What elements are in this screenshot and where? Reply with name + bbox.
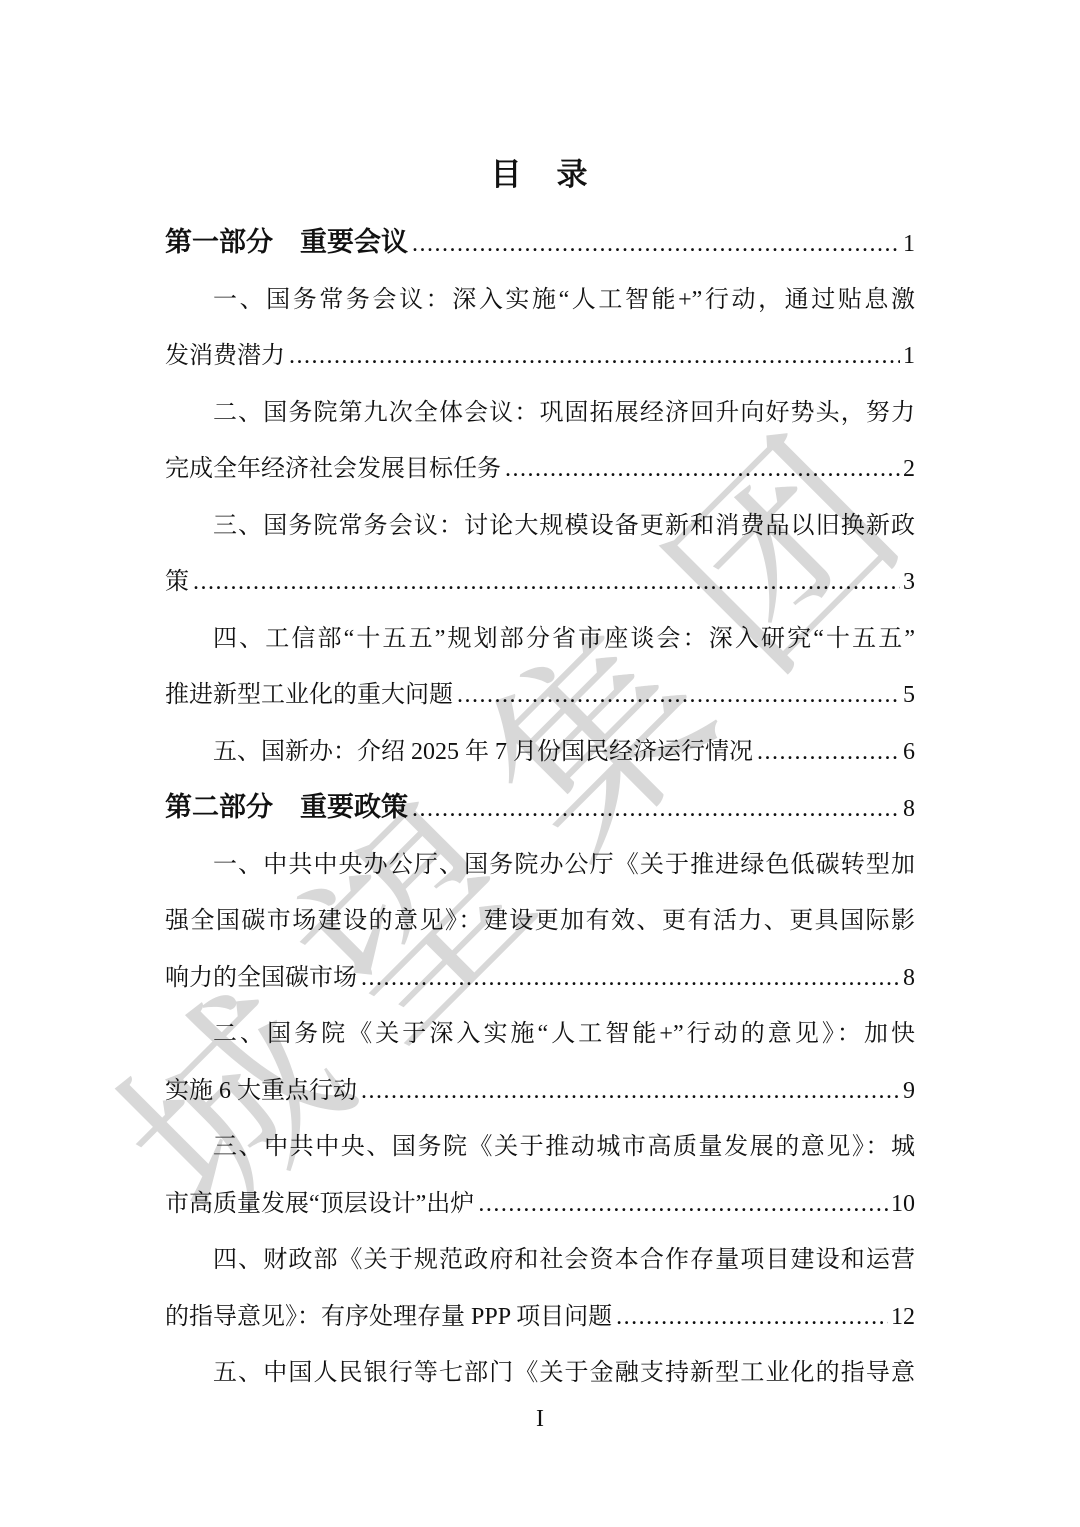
toc-list: 第一部分 重要会议...............................… [165,215,915,1402]
entry-text: 第一部分 重要会议 [165,215,408,272]
toc-item-entry[interactable]: 四、财政部《关于规范政府和社会资本合作存量项目建设和运营 [165,1232,915,1289]
entry-text: 三、国务院常务会议：讨论大规模设备更新和消费品以旧换新政 [213,513,915,539]
entry-text: 五、国新办：介绍 2025 年 7 月份国民经济运行情况 [165,724,753,781]
page-title: 目 录 [165,146,915,204]
dot-leader: ........................................… [412,781,900,838]
toc-item-entry[interactable]: 强全国碳市场建设的意见》：建设更加有效、更有活力、更具国际影 [165,893,915,950]
entry-text: 三、中共中央、国务院《关于推动城市高质量发展的意见》：城 [213,1134,915,1160]
dot-leader: ........................................… [361,950,900,1007]
entry-text: 发消费潜力 [165,328,285,385]
toc-item-entry[interactable]: 实施 6 大重点行动 .............................… [165,1063,915,1120]
entry-text: 一、国务常务会议：深入实施“人工智能+”行动，通过贴息激 [213,287,915,313]
dot-leader: ........................................… [361,1063,900,1120]
dot-leader: ........................................… [457,667,900,724]
toc-item-entry[interactable]: 策.......................................… [165,554,915,611]
page-number: 8 [903,781,915,838]
dot-leader: ........................................… [193,554,900,611]
entry-text: 第二部分 重要政策 [165,780,408,837]
toc-item-entry[interactable]: 二、国务院第九次全体会议：巩固拓展经济回升向好势头，努力 [165,385,915,442]
toc-item-entry[interactable]: 完成全年经济社会发展目标任务 .........................… [165,441,915,498]
dot-leader: ........................................… [616,1289,888,1346]
dot-leader: ........................................… [505,441,900,498]
toc-section-entry[interactable]: 第一部分 重要会议...............................… [165,215,915,272]
page-number: 6 [903,724,915,781]
toc-item-entry[interactable]: 的指导意见》：有序处理存量 PPP 项目问题..................… [165,1289,915,1346]
toc-item-entry[interactable]: 市高质量发展“顶层设计”出炉 .........................… [165,1176,915,1233]
page-number: 12 [891,1289,915,1346]
entry-text: 二、国务院《关于深入实施“人工智能+”行动的意见》：加快 [213,1021,915,1047]
page-number: 2 [903,441,915,498]
entry-text: 五、中国人民银行等七部门《关于金融支持新型工业化的指导意 [213,1360,915,1386]
page-number: 10 [891,1176,915,1233]
footer-page-number: I [165,1404,915,1434]
entry-text: 完成全年经济社会发展目标任务 [165,441,501,498]
toc-item-entry[interactable]: 五、中国人民银行等七部门《关于金融支持新型工业化的指导意 [165,1345,915,1402]
toc-item-entry[interactable]: 四、工信部“十五五”规划部分省市座谈会：深入研究“十五五” [165,611,915,668]
page-number: 1 [903,328,915,385]
entry-text: 推进新型工业化的重大问题 [165,667,453,724]
entry-text: 二、国务院第九次全体会议：巩固拓展经济回升向好势头，努力 [213,400,915,426]
toc-item-entry[interactable]: 五、国新办：介绍 2025 年 7 月份国民经济运行情况............… [165,724,915,781]
toc-item-entry[interactable]: 一、中共中央办公厅、国务院办公厅《关于推进绿色低碳转型加 [165,837,915,894]
entry-text: 四、工信部“十五五”规划部分省市座谈会：深入研究“十五五” [213,626,915,652]
entry-text: 强全国碳市场建设的意见》：建设更加有效、更有活力、更具国际影 [165,908,915,934]
dot-leader: ........................................… [412,216,900,273]
page-number: 8 [903,950,915,1007]
entry-text: 市高质量发展“顶层设计”出炉 [165,1176,474,1233]
toc-section-entry[interactable]: 第二部分 重要政策...............................… [165,780,915,837]
toc-item-entry[interactable]: 二、国务院《关于深入实施“人工智能+”行动的意见》：加快 [165,1006,915,1063]
dot-leader: ........................................… [757,724,900,781]
toc-item-entry[interactable]: 一、国务常务会议：深入实施“人工智能+”行动，通过贴息激 [165,272,915,329]
entry-text: 响力的全国碳市场 [165,950,357,1007]
dot-leader: ........................................… [289,328,900,385]
page-number: 1 [903,216,915,273]
entry-text: 的指导意见》：有序处理存量 PPP 项目问题 [165,1289,612,1346]
entry-text: 四、财政部《关于规范政府和社会资本合作存量项目建设和运营 [213,1247,915,1273]
toc-item-entry[interactable]: 响力的全国碳市场 ...............................… [165,950,915,1007]
toc-content: 目 录 第一部分 重要会议...........................… [165,146,915,1434]
dot-leader: ........................................… [478,1176,888,1233]
toc-item-entry[interactable]: 三、中共中央、国务院《关于推动城市高质量发展的意见》：城 [165,1119,915,1176]
toc-item-entry[interactable]: 发消费潜力...................................… [165,328,915,385]
toc-item-entry[interactable]: 推进新型工业化的重大问题 ...........................… [165,667,915,724]
entry-text: 实施 6 大重点行动 [165,1063,357,1120]
entry-text: 一、中共中央办公厅、国务院办公厅《关于推进绿色低碳转型加 [213,852,915,878]
document-page: 城望集团 目 录 第一部分 重要会议......................… [0,0,1080,1527]
entry-text: 策 [165,554,189,611]
toc-item-entry[interactable]: 三、国务院常务会议：讨论大规模设备更新和消费品以旧换新政 [165,498,915,555]
page-number: 3 [903,554,915,611]
page-number: 9 [903,1063,915,1120]
page-number: 5 [903,667,915,724]
